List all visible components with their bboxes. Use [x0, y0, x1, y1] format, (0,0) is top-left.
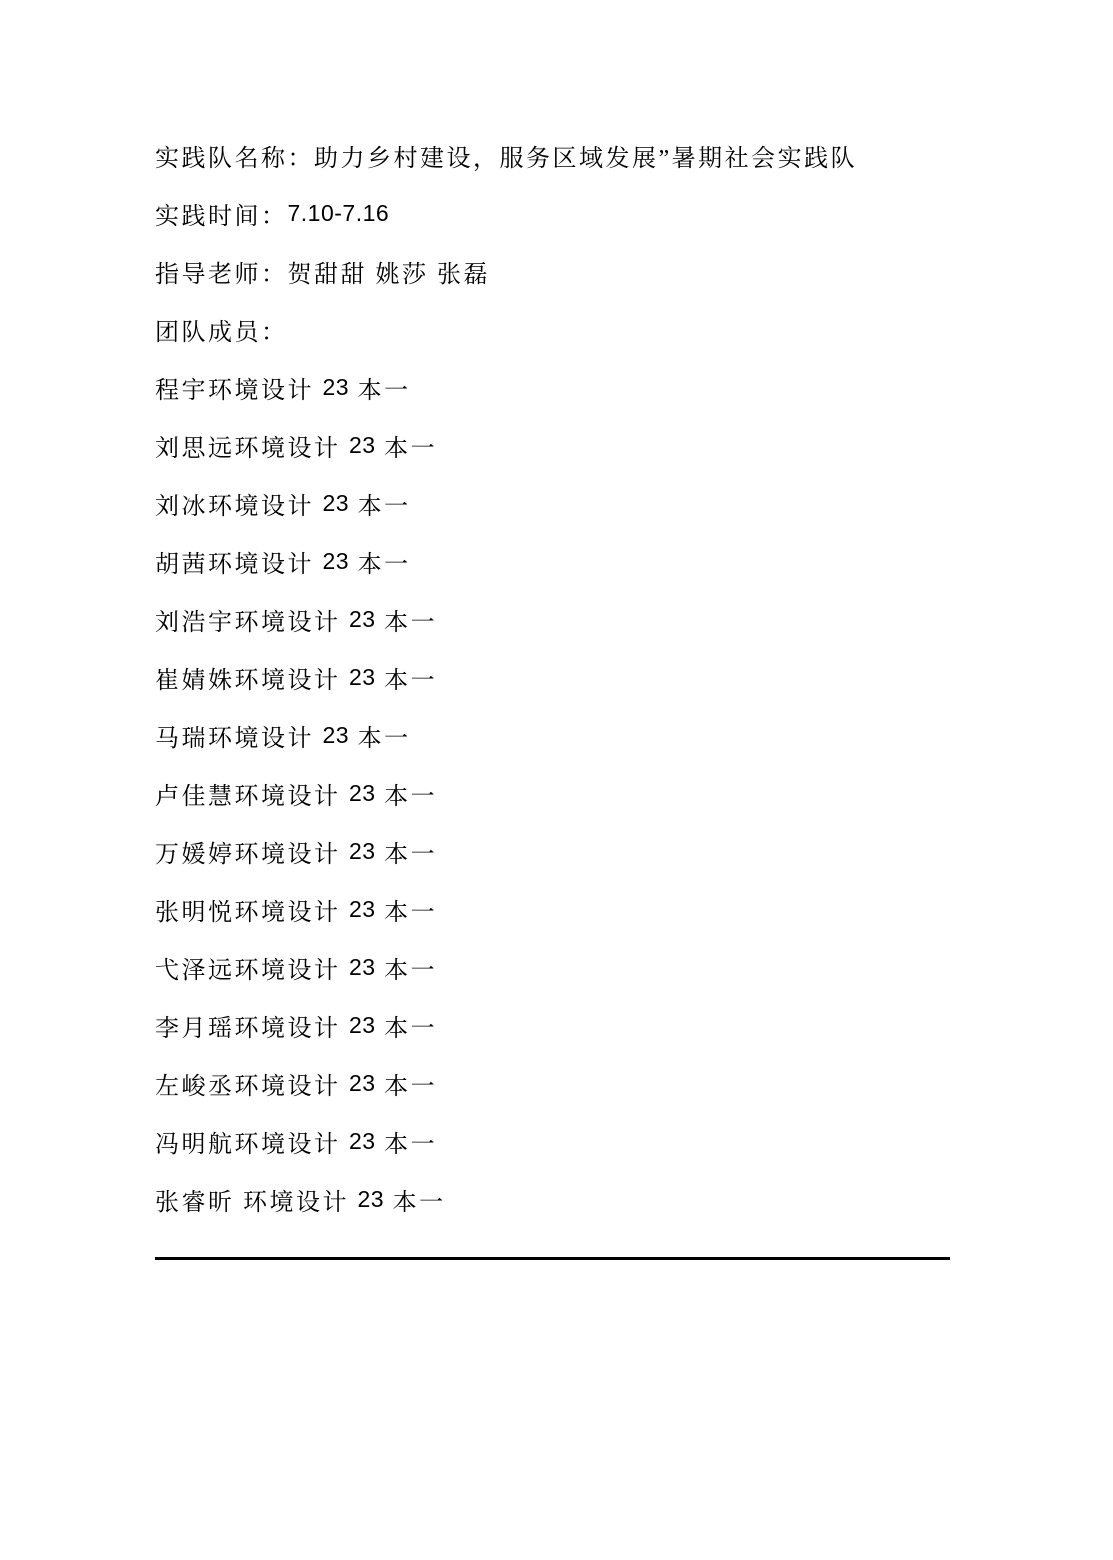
- member-class: 本一: [349, 370, 411, 405]
- member-name-program: 刘冰环境设计: [155, 486, 323, 521]
- member-class: 本一: [349, 544, 411, 579]
- member-class: 本一: [376, 428, 438, 463]
- member-line: 刘浩宇环境设计 23 本一: [155, 590, 958, 648]
- member-name-program: 弋泽远环境设计: [155, 950, 349, 985]
- member-line: 张睿昕 环境设计 23 本一: [155, 1170, 958, 1228]
- member-cohort: 23: [349, 780, 376, 807]
- member-class: 本一: [376, 1008, 438, 1043]
- field-advisors-text: 指导老师：贺甜甜 姚莎 张磊: [155, 254, 490, 289]
- member-name-program: 崔婧姝环境设计: [155, 660, 349, 695]
- member-cohort: 23: [323, 374, 350, 401]
- member-cohort: 23: [349, 896, 376, 923]
- member-cohort: 23: [323, 490, 350, 517]
- member-name-program: 冯明航环境设计: [155, 1124, 349, 1159]
- member-cohort: 23: [349, 838, 376, 865]
- member-line: 万媛婷环境设计 23 本一: [155, 822, 958, 880]
- field-members-label-text: 团队成员：: [155, 312, 288, 347]
- member-line: 程宇环境设计 23 本一: [155, 358, 958, 416]
- member-class: 本一: [349, 486, 411, 521]
- member-line: 冯明航环境设计 23 本一: [155, 1112, 958, 1170]
- member-line: 胡茜环境设计 23 本一: [155, 532, 958, 590]
- member-class: 本一: [384, 1182, 446, 1217]
- member-cohort: 23: [349, 1070, 376, 1097]
- member-name-program: 刘思远环境设计: [155, 428, 349, 463]
- field-practice-time-value: 7.10-7.16: [288, 200, 390, 227]
- member-line: 刘思远环境设计 23 本一: [155, 416, 958, 474]
- member-class: 本一: [376, 834, 438, 869]
- document-page: 实践队名称：助力乡村建设，服务区域发展”暑期社会实践队 实践时间：7.10-7.…: [0, 0, 1113, 1560]
- member-class: 本一: [376, 776, 438, 811]
- member-line: 左峻丞环境设计 23 本一: [155, 1054, 958, 1112]
- member-name-program: 张明悦环境设计: [155, 892, 349, 927]
- member-name-program: 马瑞环境设计: [155, 718, 323, 753]
- member-cohort: 23: [349, 1012, 376, 1039]
- member-name-program: 胡茜环境设计: [155, 544, 323, 579]
- member-name-program: 张睿昕 环境设计: [155, 1182, 358, 1217]
- member-cohort: 23: [349, 432, 376, 459]
- member-cohort: 23: [323, 548, 350, 575]
- member-class: 本一: [376, 1124, 438, 1159]
- member-line: 刘冰环境设计 23 本一: [155, 474, 958, 532]
- field-practice-time-label: 实践时间：: [155, 196, 288, 231]
- member-name-program: 李月瑶环境设计: [155, 1008, 349, 1043]
- horizontal-rule: [155, 1257, 950, 1260]
- field-team-name-text: 实践队名称：助力乡村建设，服务区域发展”暑期社会实践队: [155, 138, 857, 173]
- member-class: 本一: [376, 1066, 438, 1101]
- member-line: 张明悦环境设计 23 本一: [155, 880, 958, 938]
- member-class: 本一: [376, 602, 438, 637]
- member-class: 本一: [349, 718, 411, 753]
- member-line: 卢佳慧环境设计 23 本一: [155, 764, 958, 822]
- member-cohort: 23: [323, 722, 350, 749]
- field-practice-time: 实践时间：7.10-7.16: [155, 184, 958, 242]
- member-cohort: 23: [349, 664, 376, 691]
- member-name-program: 卢佳慧环境设计: [155, 776, 349, 811]
- member-cohort: 23: [349, 954, 376, 981]
- member-class: 本一: [376, 660, 438, 695]
- field-advisors: 指导老师：贺甜甜 姚莎 张磊: [155, 242, 958, 300]
- member-name-program: 万媛婷环境设计: [155, 834, 349, 869]
- member-cohort: 23: [349, 1128, 376, 1155]
- member-cohort: 23: [349, 606, 376, 633]
- member-line: 李月瑶环境设计 23 本一: [155, 996, 958, 1054]
- member-line: 弋泽远环境设计 23 本一: [155, 938, 958, 996]
- member-cohort: 23: [358, 1186, 385, 1213]
- member-name-program: 刘浩宇环境设计: [155, 602, 349, 637]
- member-class: 本一: [376, 892, 438, 927]
- member-class: 本一: [376, 950, 438, 985]
- member-line: 马瑞环境设计 23 本一: [155, 706, 958, 764]
- member-line: 崔婧姝环境设计 23 本一: [155, 648, 958, 706]
- member-name-program: 左峻丞环境设计: [155, 1066, 349, 1101]
- member-name-program: 程宇环境设计: [155, 370, 323, 405]
- field-team-name: 实践队名称：助力乡村建设，服务区域发展”暑期社会实践队: [155, 126, 958, 184]
- field-members-label: 团队成员：: [155, 300, 958, 358]
